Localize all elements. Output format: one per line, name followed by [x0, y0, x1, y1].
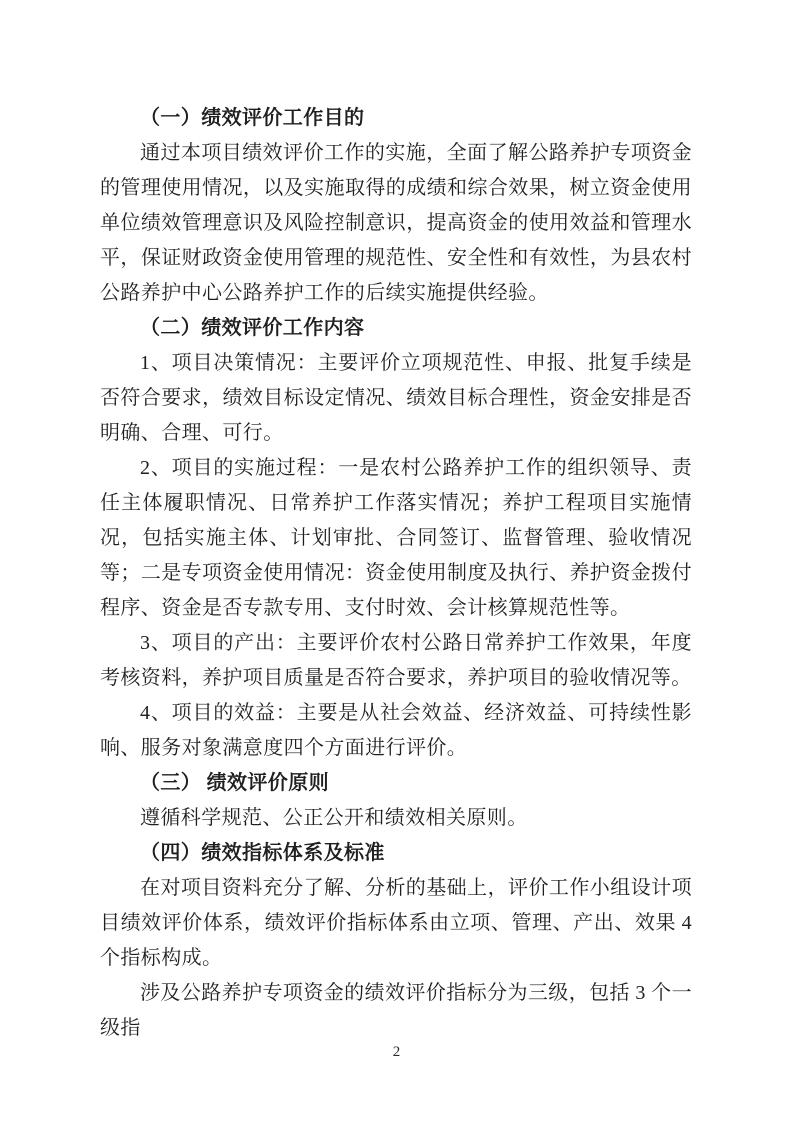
paragraph-purpose: 通过本项目绩效评价工作的实施，全面了解公路养护专项资金的管理使用情况，以及实施取… [100, 136, 692, 311]
document-body: （一）绩效评价工作目的 通过本项目绩效评价工作的实施，全面了解公路养护专项资金的… [100, 101, 692, 1046]
document-page: （一）绩效评价工作目的 通过本项目绩效评价工作的实施，全面了解公路养护专项资金的… [0, 0, 793, 1121]
paragraph-indicator-levels: 涉及公路养护专项资金的绩效评价指标分为三级，包括 3 个一级指 [100, 976, 692, 1046]
page-number: 2 [0, 1042, 793, 1062]
paragraph-decision: 1、项目决策情况：主要评价立项规范性、申报、批复手续是否符合要求，绩效目标设定情… [100, 346, 692, 451]
section-heading-2: （二）绩效评价工作内容 [100, 311, 692, 346]
paragraph-implementation: 2、项目的实施过程：一是农村公路养护工作的组织领导、责任主体履职情况、日常养护工… [100, 451, 692, 626]
section-heading-3: （三） 绩效评价原则 [100, 766, 692, 801]
section-heading-4: （四）绩效指标体系及标准 [100, 836, 692, 871]
paragraph-indicator-system: 在对项目资料充分了解、分析的基础上，评价工作小组设计项目绩效评价体系，绩效评价指… [100, 871, 692, 976]
section-heading-1: （一）绩效评价工作目的 [100, 101, 692, 136]
paragraph-principles: 遵循科学规范、公正公开和绩效相关原则。 [100, 801, 692, 836]
paragraph-benefit: 4、项目的效益：主要是从社会效益、经济效益、可持续性影响、服务对象满意度四个方面… [100, 696, 692, 766]
paragraph-output: 3、项目的产出：主要评价农村公路日常养护工作效果，年度考核资料，养护项目质量是否… [100, 626, 692, 696]
